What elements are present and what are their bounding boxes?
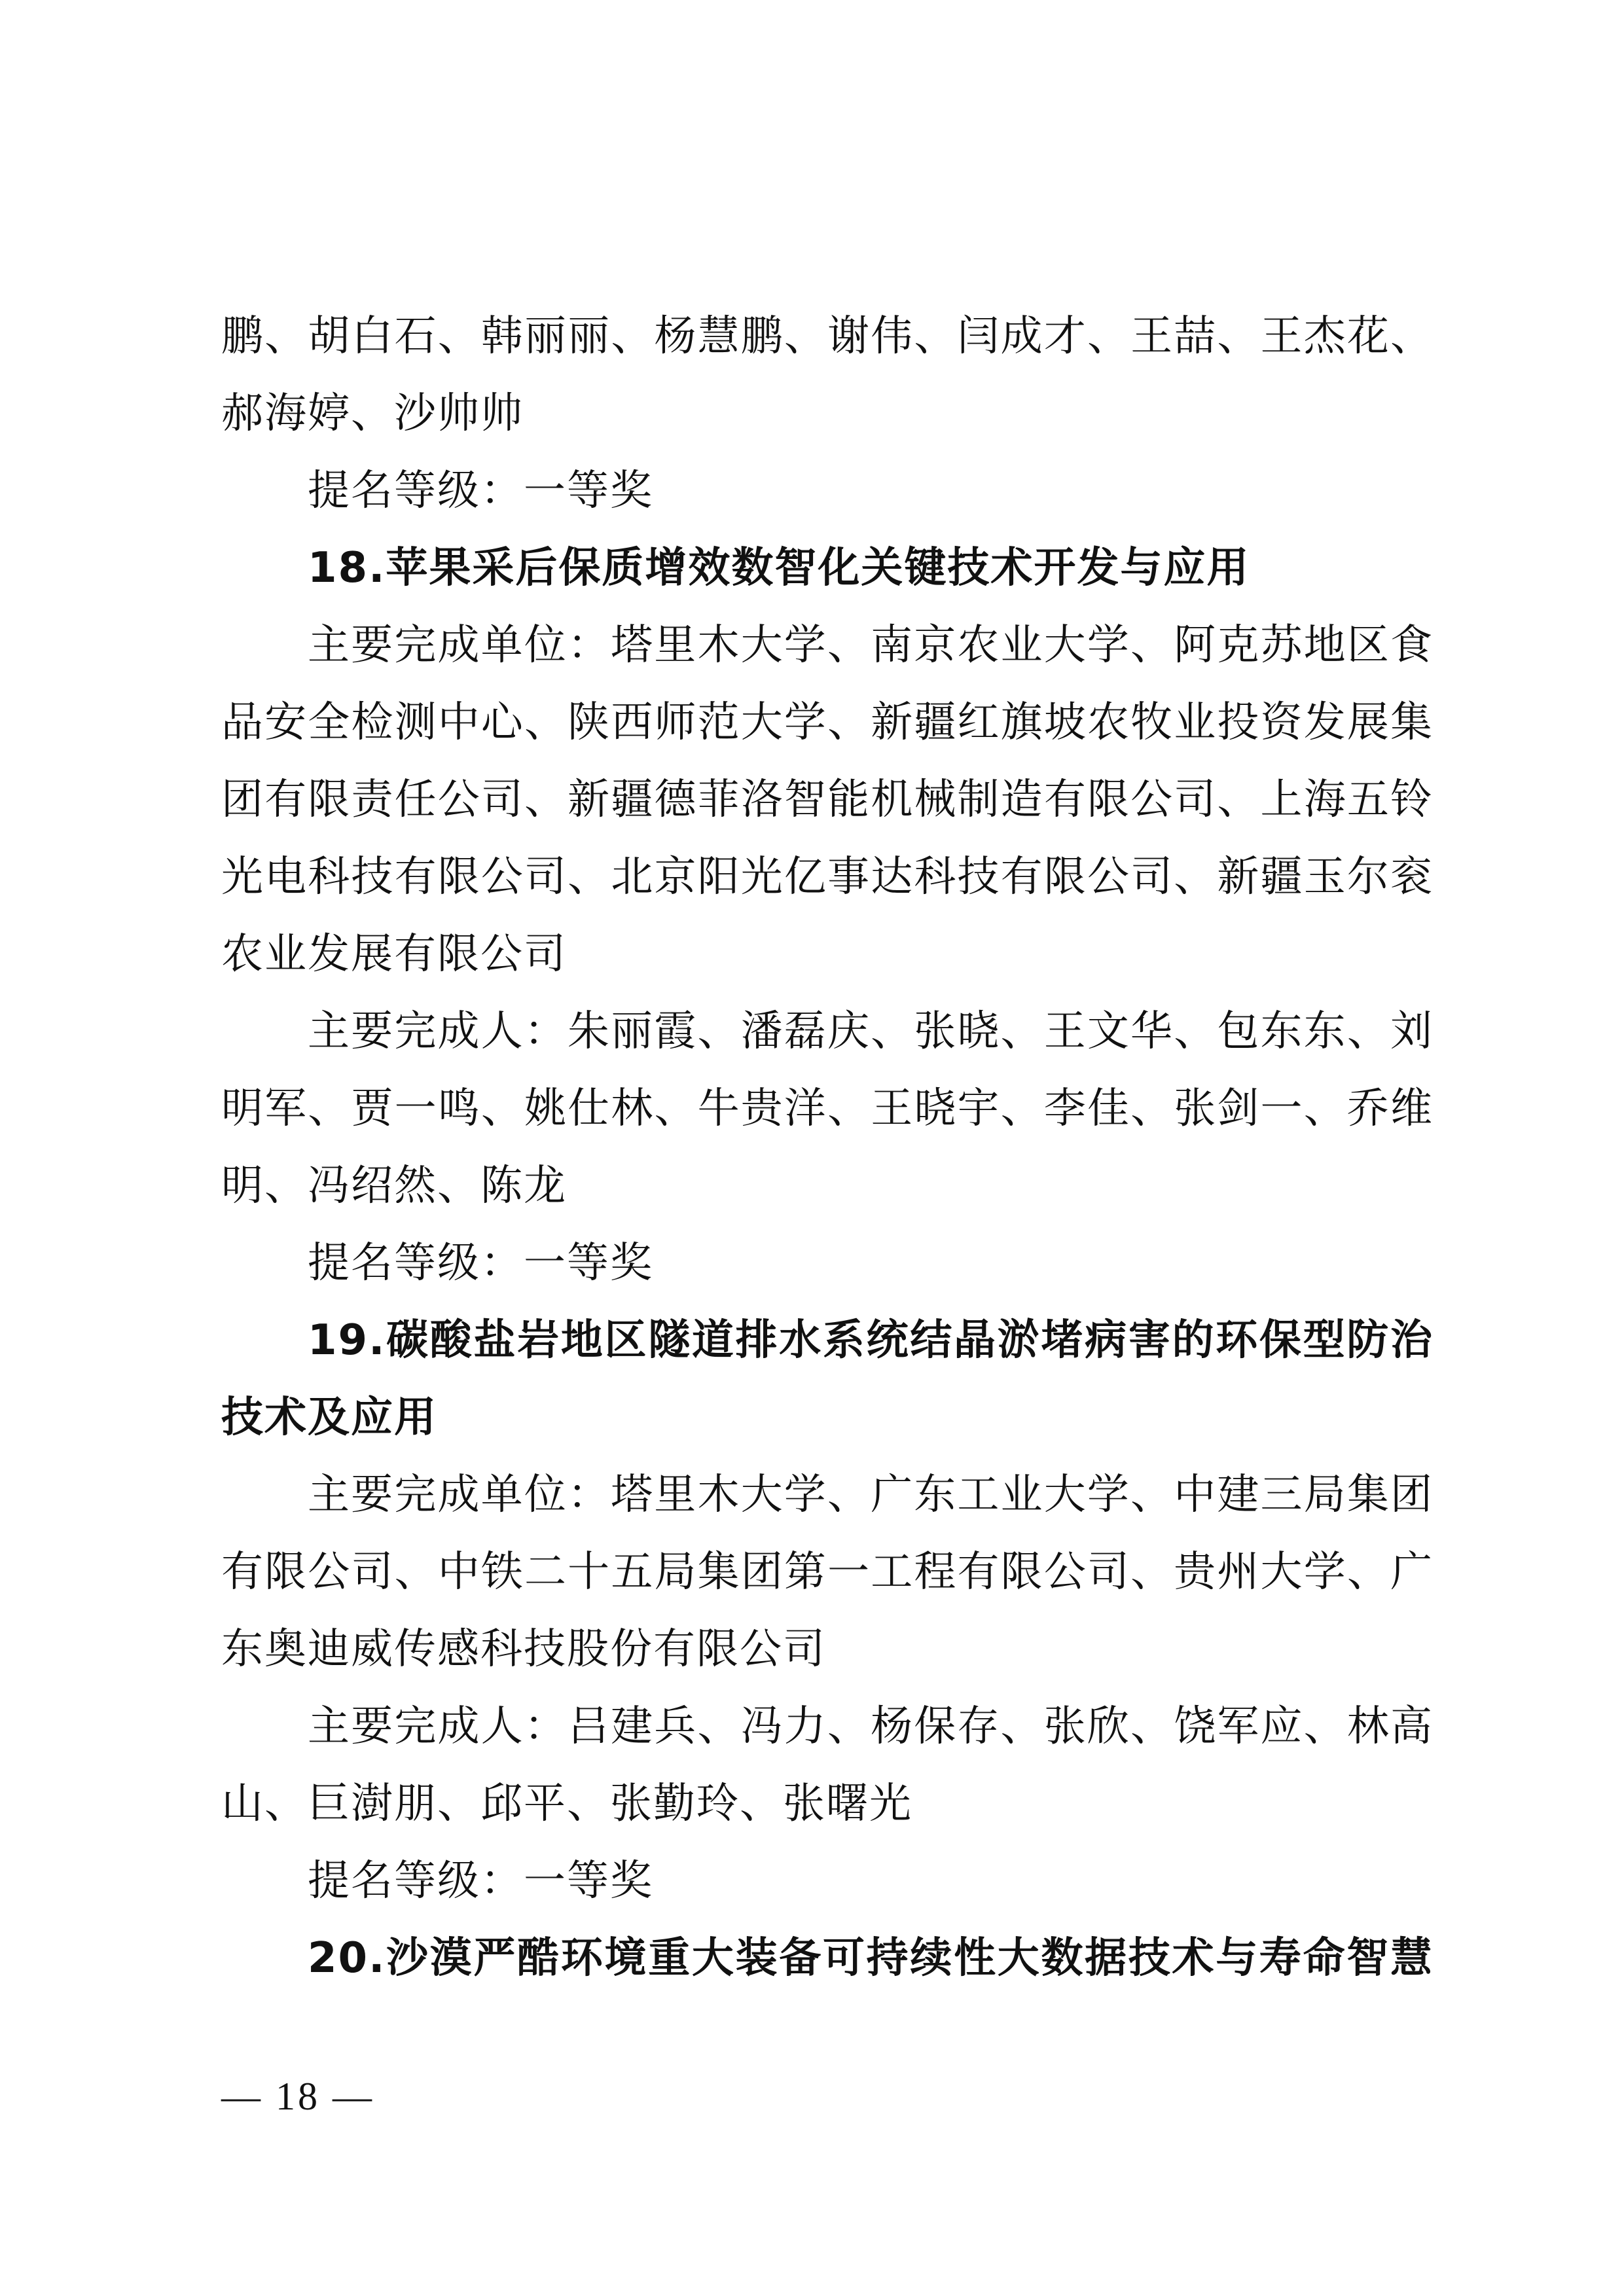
text-line: 鹏、胡白石、韩丽丽、杨慧鹏、谢伟、闫成才、王喆、王杰花、 xyxy=(221,298,1434,375)
text-line: 品安全检测中心、陕西师范大学、新疆红旗坡农牧业投资发展集 xyxy=(221,684,1434,761)
text-line: 团有限责任公司、新疆德菲洛智能机械制造有限公司、上海五铃 xyxy=(221,761,1434,838)
main-persons: 主要完成人：朱丽霞、潘磊庆、张晓、王文华、包东东、刘 xyxy=(221,993,1434,1070)
main-units: 主要完成单位：塔里木大学、广东工业大学、中建三局集团 xyxy=(221,1456,1434,1534)
text-line: 郝海婷、沙帅帅 xyxy=(221,375,1434,452)
main-units: 主要完成单位：塔里木大学、南京农业大学、阿克苏地区食 xyxy=(221,607,1434,684)
project-title-20: 20.沙漠严酷环境重大装备可持续性大数据技术与寿命智慧 xyxy=(221,1920,1434,1997)
nomination-level: 提名等级：一等奖 xyxy=(221,452,1434,529)
project-title-19-cont: 技术及应用 xyxy=(221,1379,1434,1456)
nomination-level: 提名等级：一等奖 xyxy=(221,1225,1434,1302)
text-line: 山、巨澍朋、邱平、张勤玲、张曙光 xyxy=(221,1765,1434,1842)
nomination-level: 提名等级：一等奖 xyxy=(221,1842,1434,1920)
text-line: 东奥迪威传感科技股份有限公司 xyxy=(221,1611,1434,1688)
project-title-18: 18.苹果采后保质增效数智化关键技术开发与应用 xyxy=(221,529,1434,607)
main-persons: 主要完成人：吕建兵、冯力、杨保存、张欣、饶军应、林高 xyxy=(221,1688,1434,1765)
text-line: 明军、贾一鸣、姚仕林、牛贵洋、王晓宇、李佳、张剑一、乔维 xyxy=(221,1070,1434,1147)
text-line: 有限公司、中铁二十五局集团第一工程有限公司、贵州大学、广 xyxy=(221,1534,1434,1611)
text-line: 农业发展有限公司 xyxy=(221,916,1434,993)
text-line: 光电科技有限公司、北京阳光亿事达科技有限公司、新疆玉尔衮 xyxy=(221,838,1434,916)
project-title-19: 19.碳酸盐岩地区隧道排水系统结晶淤堵病害的环保型防治 xyxy=(221,1302,1434,1379)
text-line: 明、冯绍然、陈龙 xyxy=(221,1147,1434,1225)
page-number: — 18 — xyxy=(221,2068,374,2125)
document-body: 鹏、胡白石、韩丽丽、杨慧鹏、谢伟、闫成才、王喆、王杰花、 郝海婷、沙帅帅 提名等… xyxy=(221,298,1434,1997)
